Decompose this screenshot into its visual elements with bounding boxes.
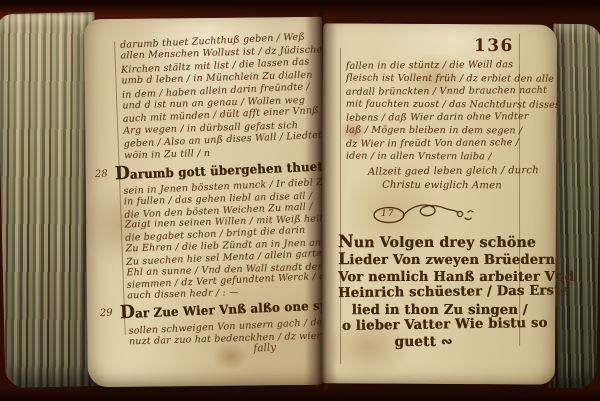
divider-number: 17 xyxy=(381,209,394,219)
left-text-block-1: darumb thuet Zuchthuß geben / Weßallen M… xyxy=(120,32,314,163)
text-line: iden / in allen Vnstern laiba / xyxy=(346,150,512,164)
song-title-heading: Nun Volgen drey schöneLieder Von zweyen … xyxy=(338,234,524,351)
text-line: Heinrich schüester / Das Erste xyxy=(338,283,519,302)
text-line: o lieber Vatter Wie bistu so xyxy=(338,315,519,334)
catchword: fally xyxy=(253,341,277,355)
text-line: guett ∾ xyxy=(338,334,518,351)
right-page-content: 136 fallen in die stüntz / die Weill das… xyxy=(334,32,546,376)
text-line: Nun Volgen drey schöne xyxy=(338,234,518,252)
book-photo: darumb thuet Zuchthuß geben / Weßallen M… xyxy=(0,0,600,401)
section-divider: 17 xyxy=(372,200,482,230)
text-line: fleisch ist Vollent früh / dz erbiet den… xyxy=(346,72,512,86)
text-line: dz Wier in freüdt Von danen sche / xyxy=(346,136,512,151)
text-line: mit fauchten zuost / das Nachtdurst diss… xyxy=(346,98,512,112)
text-line: Lieder Von zweyen Brüedern xyxy=(338,251,518,269)
left-text-block-3: sollen schweigen Von unsern gach / dennu… xyxy=(128,318,321,350)
page-number: 136 xyxy=(474,36,514,56)
margin-number: 29 xyxy=(100,308,113,319)
left-text-block-2: sein in Jenen bössten munck / Ir diebl Z… xyxy=(123,178,319,303)
text-line: Allzeit gaed leben gleich / durch xyxy=(368,164,516,179)
left-page-content: darumb thuet Zuchthuß geben / Weßallen M… xyxy=(92,26,325,382)
text-line: ardall brünckten / Vnnd brauchen nacht xyxy=(346,84,512,99)
text-line: laß / Mögen bleiben in dem segen / xyxy=(346,124,512,138)
right-closing-block: Allzeit gaed leben gleich / durchChristu… xyxy=(368,165,516,193)
margin-number: 28 xyxy=(95,169,108,180)
text-line: lebens / daß Wier darin ohne Vndter xyxy=(346,110,512,125)
text-line: Christu ewiglich Amen xyxy=(368,178,516,193)
right-text-block: fallen in die stüntz / die Weill dasflei… xyxy=(346,59,512,163)
text-line: fallen in die stüntz / die Weill das xyxy=(346,58,512,73)
left-page: darumb thuet Zuchthuß geben / Weßallen M… xyxy=(84,17,326,387)
right-page: 136 fallen in die stüntz / die Weill das… xyxy=(321,23,557,384)
